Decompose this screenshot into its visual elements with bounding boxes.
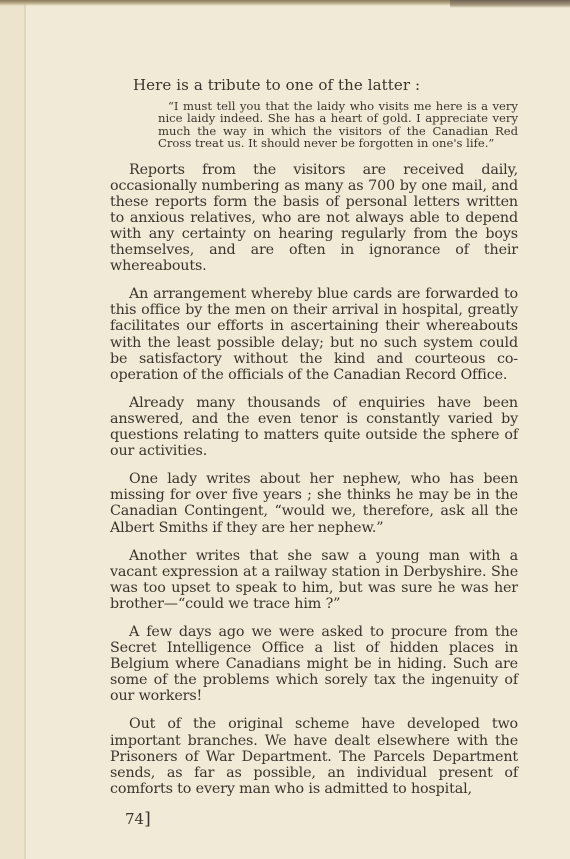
- intro-line: Here is a tribute to one of the latter :: [133, 76, 518, 94]
- page-number: 74]: [125, 809, 151, 829]
- page-gutter: [0, 0, 24, 859]
- tribute-quote: “I must tell you that the laidy who visi…: [158, 100, 518, 150]
- paragraph-nephew: One lady writes about her nephew, who ha…: [110, 471, 518, 535]
- page-body: Here is a tribute to one of the latter :…: [110, 76, 518, 809]
- page-fold-line: [24, 0, 26, 859]
- paragraph-belgium: A few days ago we were asked to procure …: [110, 624, 518, 704]
- paragraph-branches: Out of the original scheme have develope…: [110, 716, 518, 796]
- paragraph-enquiries: Already many thousands of enquiries have…: [110, 395, 518, 459]
- paragraph-blue-cards: An arrangement whereby blue cards are fo…: [110, 286, 518, 383]
- page-number-bracket: ]: [144, 809, 151, 829]
- paragraph-brother: Another writes that she saw a young man …: [110, 548, 518, 612]
- page-number-value: 74: [125, 810, 144, 828]
- paragraph-reports: Reports from the visitors are received d…: [110, 162, 518, 275]
- page-top-edge-shadow: [450, 0, 570, 8]
